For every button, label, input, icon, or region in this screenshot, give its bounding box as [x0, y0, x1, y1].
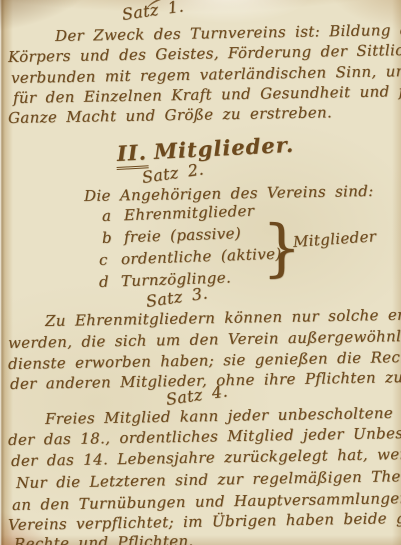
chapter-title: Mitglieder.	[153, 132, 295, 164]
list-item-label: c	[99, 250, 122, 269]
member-list-item: bfreie (passive)	[102, 224, 242, 247]
list-item-text: ordentliche (aktive)	[121, 245, 282, 269]
text-line: Ganze Macht und Größe zu erstreben.	[8, 103, 332, 127]
text-line: werden, die sich um den Verein außergewö…	[8, 326, 401, 352]
section-heading-satz-1: Satz 1.	[121, 0, 185, 24]
list-item-label: b	[102, 228, 125, 247]
text-line: Zu Ehrenmitgliedern können nur solche er…	[45, 305, 401, 330]
list-item-text: Ehrenmitglieder	[124, 202, 255, 225]
chapter-numeral: II.	[115, 139, 148, 170]
list-item-label: a	[102, 206, 125, 225]
text-line: der das 14. Lebensjahre zurückgelegt hat…	[11, 444, 401, 470]
brace-label: Mitglieder	[292, 227, 376, 251]
text-line: Nur die Letzteren sind zur regelmäßigen …	[16, 466, 401, 492]
member-list-item: dTurnzöglinge.	[99, 268, 232, 291]
list-item-text: freie (passive)	[124, 224, 242, 246]
member-list-item: cordentliche (aktive)	[99, 245, 282, 269]
text-line: Rechte und Pflichten.	[14, 532, 194, 545]
text-line: Die Angehörigen des Vereins sind:	[84, 182, 374, 205]
member-list-item: aEhrenmitglieder	[102, 202, 255, 225]
list-item-label: d	[99, 272, 122, 291]
manuscript-page: Satz 1. Der Zweck des Turnvereins ist: B…	[0, 0, 401, 545]
chapter-heading: II.Mitglieder.	[115, 132, 295, 170]
